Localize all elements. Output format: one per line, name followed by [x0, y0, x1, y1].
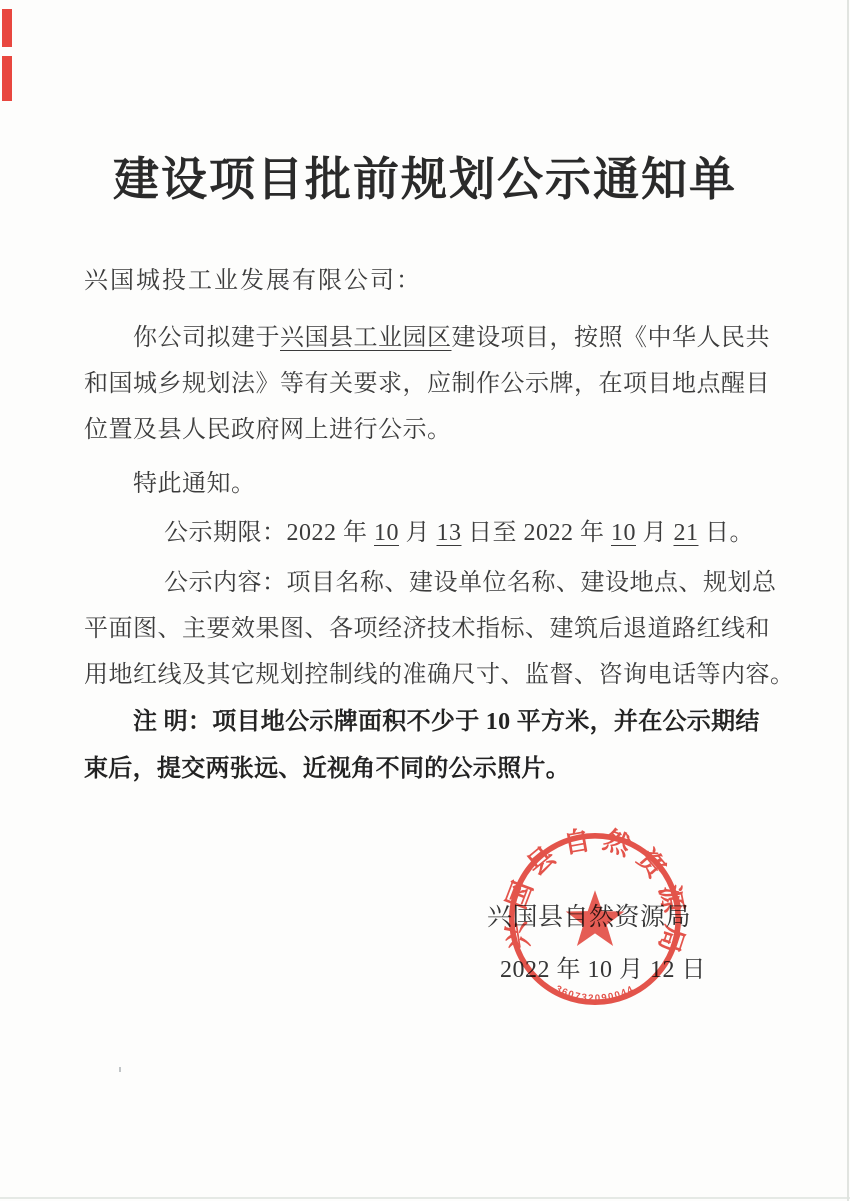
para1-post: 建设项目，按照《中华人民共 [452, 325, 771, 351]
period-seg-0: 公示期限：2022 年 [164, 520, 374, 546]
note-line-2: 束后，提交两张远、近视角不同的公示照片。 [84, 748, 570, 783]
body-line-2: 和国城乡规划法》等有关要求，应制作公示牌，在项目地点醒目 [84, 363, 770, 398]
scanned-notice-page: 建设项目批前规划公示通知单 兴国城投工业发展有限公司： 你公司拟建于兴国县工业园… [0, 0, 850, 1201]
note-line-1: 注 明：项目地公示牌面积不少于 10 平方米，并在公示期结 [133, 701, 760, 736]
seal-serial: 360732090044 [553, 984, 636, 1005]
body-line-1: 你公司拟建于兴国县工业园区建设项目，按照《中华人民共 [133, 317, 770, 352]
seal-star-icon [566, 890, 625, 946]
para1-pre: 你公司拟建于 [133, 325, 280, 351]
period-seg-8: 日。 [699, 520, 755, 546]
body-line-3: 位置及县人民政府网上进行公示。 [84, 409, 452, 444]
period-line: 公示期限：2022 年 10 月 13 日至 2022 年 10 月 21 日。 [164, 512, 754, 547]
period-day-end: 21 [674, 520, 699, 546]
scan-red-mark-top [2, 9, 12, 47]
period-seg-2: 月 [399, 520, 437, 546]
period-month-end: 10 [611, 520, 636, 546]
official-seal: 兴国县自然资源局 360732090044 [482, 806, 708, 1032]
scan-red-mark-bottom [2, 56, 12, 101]
period-day-start: 13 [437, 520, 462, 546]
scan-edge-bottom [0, 1197, 850, 1199]
content-line-2: 平面图、主要效果图、各项经济技术指标、建筑后退道路红线和 [84, 608, 770, 643]
notice-line: 特此通知。 [133, 463, 256, 498]
para1-underlined-location: 兴国县工业园区 [280, 325, 452, 351]
period-seg-6: 月 [636, 520, 674, 546]
content-line-3: 用地红线及其它规划控制线的准确尺寸、监督、咨询电话等内容。 [84, 654, 795, 689]
content-line-1: 公示内容：项目名称、建设单位名称、建设地点、规划总 [164, 562, 777, 597]
scan-speck [119, 1067, 121, 1072]
period-month-start: 10 [374, 520, 399, 546]
page-title: 建设项目批前规划公示通知单 [0, 143, 850, 209]
recipient-line: 兴国城投工业发展有限公司： [84, 260, 422, 295]
period-seg-4: 日至 2022 年 [462, 520, 612, 546]
svg-text:360732090044: 360732090044 [553, 984, 636, 1005]
